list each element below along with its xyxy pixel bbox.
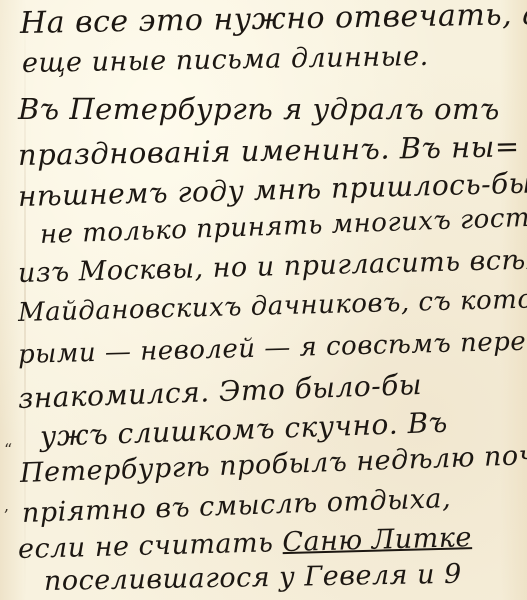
text-line-3: Въ Петербургѣ я удралъ отъ bbox=[18, 92, 500, 126]
margin-comma-mark: , bbox=[4, 496, 9, 515]
margin-quote-mark: “ bbox=[4, 440, 12, 459]
underlined-name: Саню Литке bbox=[282, 522, 472, 558]
